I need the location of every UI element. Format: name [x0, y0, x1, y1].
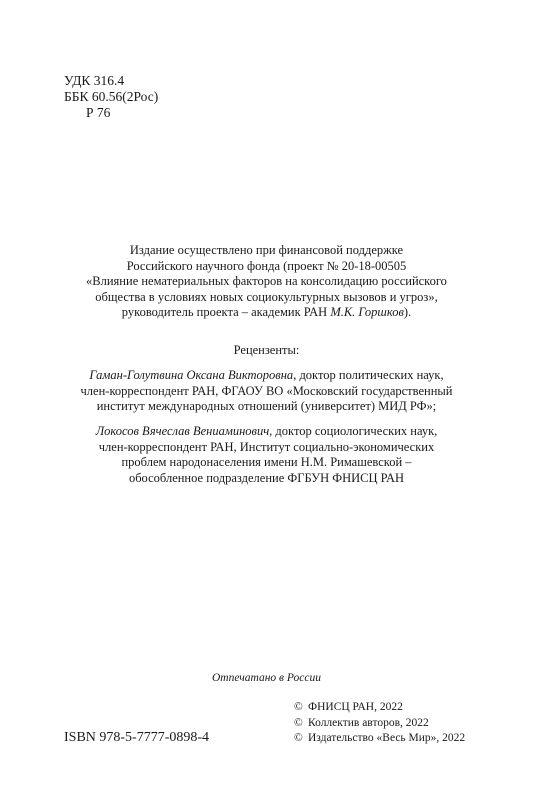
funding-text: ).	[404, 305, 411, 319]
author-mark: Р 76	[64, 105, 158, 121]
reviewer-entry: Локосов Вячеслав Вениаминович, доктор со…	[0, 424, 533, 486]
funding-line: «Влияние нематериальных факторов на конс…	[0, 274, 533, 290]
udk-code: УДК 316.4	[64, 73, 158, 89]
reviewer-text: , доктор политических наук,	[293, 368, 443, 382]
copyright-item: ©Коллектив авторов, 2022	[294, 716, 465, 732]
copyright-icon: ©	[294, 731, 308, 747]
funding-note: Издание осуществлено при финансовой подд…	[0, 243, 533, 321]
reviewers-title: Рецензенты:	[0, 343, 533, 359]
bbk-code: ББК 60.56(2Рос)	[64, 89, 158, 105]
reviewer-line: Гаман-Голутвина Оксана Викторовна, докто…	[0, 368, 533, 384]
copyright-text: Коллектив авторов, 2022	[308, 717, 429, 729]
reviewer-line: проблем народонаселения имени Н.М. Римаш…	[0, 455, 533, 471]
funding-line: Издание осуществлено при финансовой подд…	[0, 243, 533, 259]
funding-line: общества в условиях новых социокультурны…	[0, 290, 533, 306]
reviewer-line: обособленное подразделение ФГБУН ФНИСЦ Р…	[0, 471, 533, 487]
copyright-icon: ©	[294, 700, 308, 716]
reviewer-entry: Гаман-Голутвина Оксана Викторовна, докто…	[0, 368, 533, 415]
reviewer-text: , доктор социологических наук,	[269, 424, 437, 438]
funding-line: Российского научного фонда (проект № 20-…	[0, 259, 533, 275]
copyright-list: ©ФНИСЦ РАН, 2022 ©Коллектив авторов, 202…	[294, 700, 465, 747]
reviewer-name: Локосов Вячеслав Вениаминович	[96, 424, 269, 438]
printed-in-note: Отпечатано в России	[0, 671, 533, 687]
copyright-text: Издательство «Весь Мир», 2022	[308, 732, 465, 744]
funding-text: руководитель проекта – академик РАН	[122, 305, 331, 319]
project-leader-name: М.К. Горшков	[330, 305, 404, 319]
reviewer-name: Гаман-Голутвина Оксана Викторовна	[89, 368, 293, 382]
reviewer-line: член-корреспондент РАН, Институт социаль…	[0, 440, 533, 456]
funding-line: руководитель проекта – академик РАН М.К.…	[0, 305, 533, 321]
copyright-item: ©Издательство «Весь Мир», 2022	[294, 731, 465, 747]
reviewer-line: институт международных отношений (универ…	[0, 399, 533, 415]
isbn: ISBN 978-5-7777-0898-4	[64, 730, 209, 746]
reviewer-line: Локосов Вячеслав Вениаминович, доктор со…	[0, 424, 533, 440]
copyright-item: ©ФНИСЦ РАН, 2022	[294, 700, 465, 716]
copyright-text: ФНИСЦ РАН, 2022	[308, 701, 403, 713]
copyright-icon: ©	[294, 716, 308, 732]
reviewer-line: член-корреспондент РАН, ФГАОУ ВО «Москов…	[0, 384, 533, 400]
classification-codes: УДК 316.4 ББК 60.56(2Рос) Р 76	[64, 73, 158, 121]
